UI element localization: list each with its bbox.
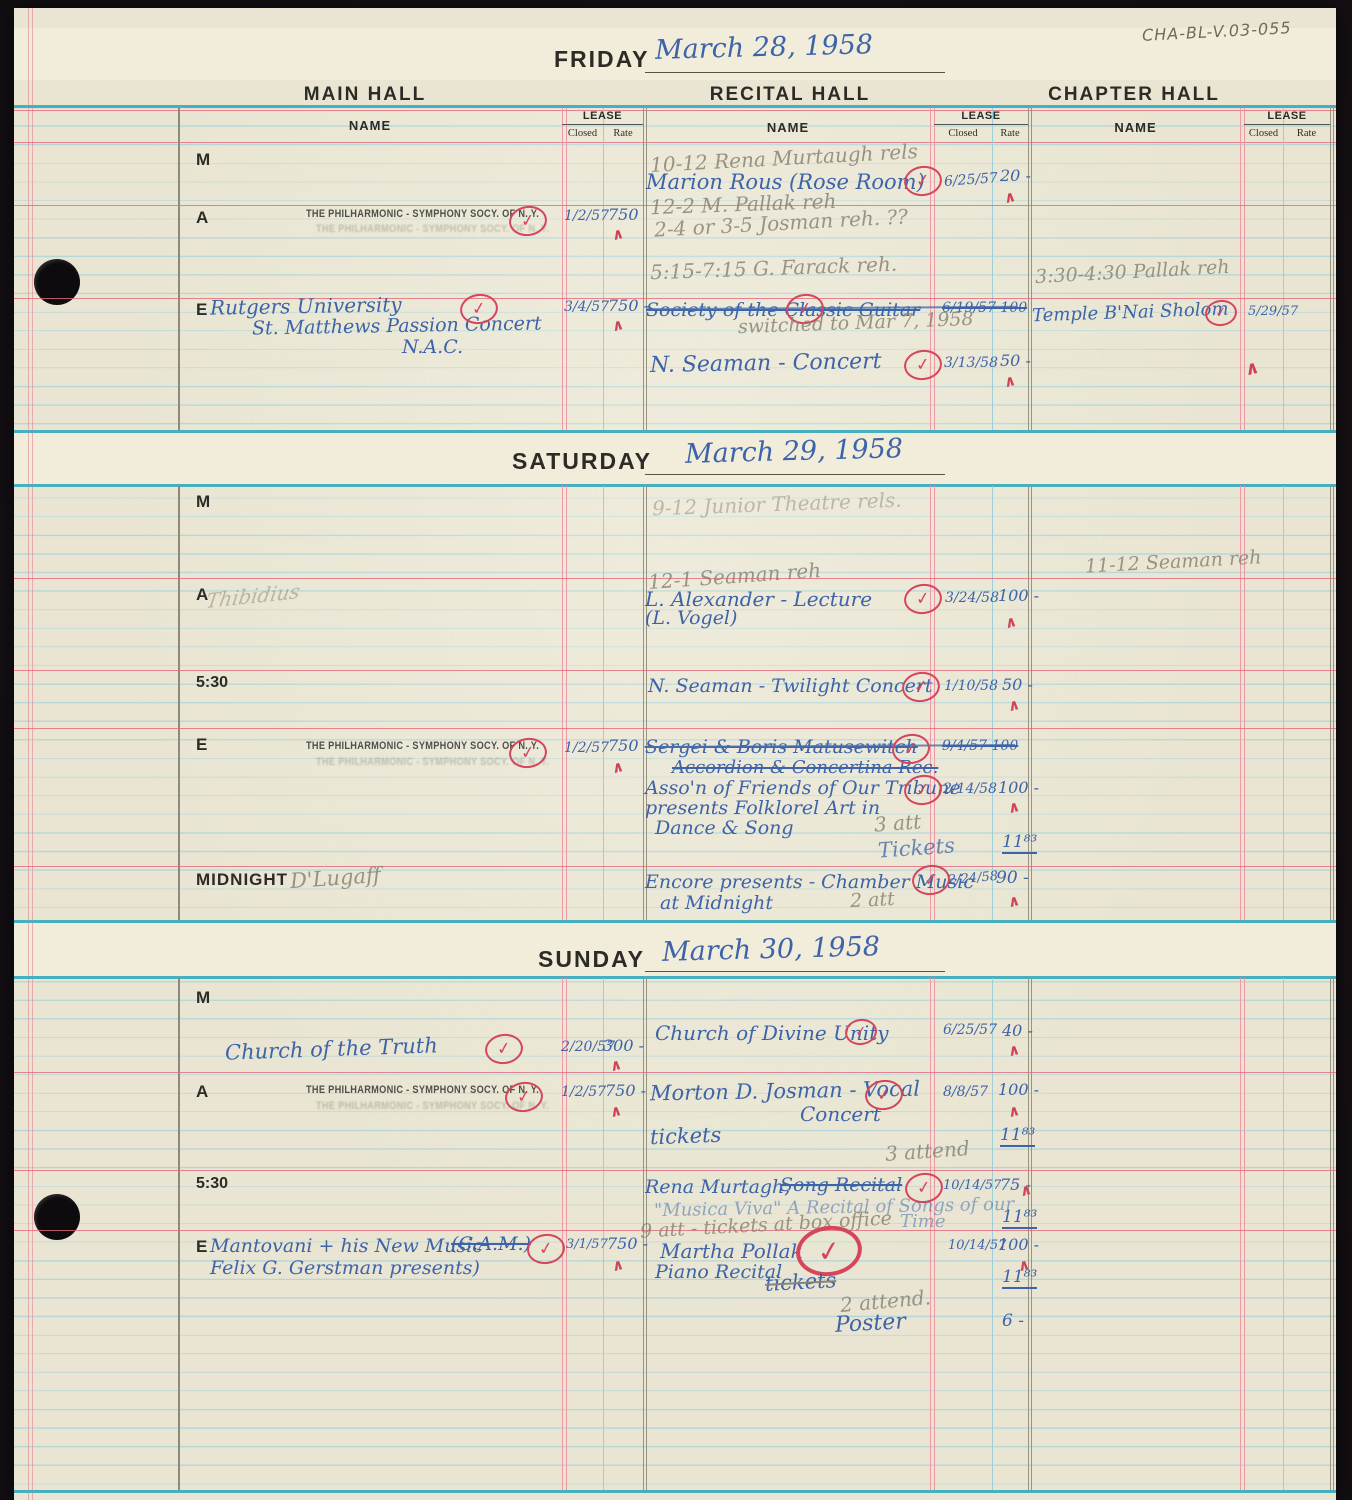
- rule-line: [14, 920, 1336, 923]
- rule-line: [14, 1490, 1336, 1493]
- date-underline: [645, 971, 945, 972]
- ledger-paper: CHA-BL-V.03-055 FRIDAY March 28, 1958 MA…: [14, 8, 1336, 1500]
- lease-closed-date: 1/2/57: [561, 1085, 606, 1099]
- red-tick-icon: ∧: [1003, 188, 1016, 206]
- philharmonic-stamp: THE PHILHARMONIC - SYMPHONY SOCY. OF N. …: [306, 1084, 539, 1097]
- lease-rate: 20 -: [1000, 168, 1031, 184]
- cancelled-entry-text: (C.A.M.): [451, 1235, 531, 1254]
- entry-text: Piano Recital: [655, 1263, 782, 1282]
- main-hall-title: MAIN HALL: [280, 84, 450, 106]
- tickets-note: Tickets: [877, 835, 955, 861]
- lease-closed-date: 5/29/57: [1248, 305, 1298, 318]
- sunday-row-m: M: [196, 988, 210, 1008]
- chapter-rate-header: Rate: [1283, 128, 1330, 139]
- lease-closed-date: 1/10/58: [944, 679, 998, 693]
- recital-hall-title: RECITAL HALL: [695, 84, 885, 106]
- entry-text: St. Matthews Passion Concert: [252, 314, 542, 338]
- chapter-closed-header: Closed: [1244, 128, 1283, 139]
- saturday-row-530: 5:30: [196, 674, 228, 692]
- red-tick-icon: ∧: [609, 1056, 622, 1074]
- cancelled-entry-text: Song Recital: [780, 1176, 902, 1195]
- rule-line: [14, 430, 1336, 433]
- entry-text: Rena Murtagh,: [645, 1178, 790, 1197]
- entry-text: presents Folklorel Art in: [645, 799, 880, 818]
- lease-rate: 40 -: [1002, 1023, 1033, 1039]
- friday-row-e: E: [196, 300, 207, 320]
- red-tick-icon: ∧: [1003, 372, 1016, 390]
- lease-closed-date: 3/24/58: [945, 591, 999, 605]
- chapter-name-header: NAME: [1031, 120, 1240, 135]
- sunday-date: March 30, 1958: [662, 933, 881, 966]
- entry-text: at Midnight: [660, 894, 773, 913]
- lease-closed-date: 6/25/57: [944, 171, 999, 189]
- amount-value: 11⁸³: [1002, 1269, 1037, 1289]
- recital-rate-header: Rate: [992, 128, 1028, 139]
- poster-note: Poster: [834, 1311, 906, 1337]
- red-tick-icon: ∧: [1007, 798, 1020, 816]
- recital-closed-header: Closed: [934, 128, 992, 139]
- rule-line: [14, 728, 1336, 729]
- date-underline: [645, 72, 945, 73]
- red-tick-icon: ∧: [609, 1102, 622, 1120]
- saturday-date: March 29, 1958: [685, 435, 904, 468]
- chapter-lease-header: LEASE: [1244, 110, 1330, 122]
- lease-closed-date: 1/2/57: [564, 209, 609, 223]
- lease-rate: 100 -: [998, 780, 1039, 796]
- entry-text: N.A.C.: [402, 338, 463, 357]
- philharmonic-stamp: THE PHILHARMONIC - SYMPHONY SOCY. OF N. …: [306, 740, 539, 753]
- rule-line: [14, 1072, 1336, 1073]
- margin-rule: [32, 8, 33, 1500]
- main-lease-header: LEASE: [562, 110, 643, 122]
- red-tick-icon: ∧: [1007, 696, 1020, 714]
- red-tick-icon: ∧: [611, 316, 624, 334]
- sunday-day-label: SUNDAY: [538, 946, 645, 973]
- friday-row-m: M: [196, 150, 210, 170]
- lease-rate: 100 -: [998, 588, 1039, 604]
- lease-rate: 50 -: [1002, 677, 1033, 693]
- saturday-title-band: [14, 433, 1336, 485]
- entry-text: Mantovani + his New Music: [210, 1237, 483, 1256]
- punch-hole-bottom: [34, 1194, 80, 1240]
- lease-closed-date: 2/14/58: [943, 782, 997, 796]
- chapter-hall-title: CHAPTER HALL: [1039, 84, 1229, 106]
- date-underline: [645, 474, 945, 475]
- red-tick-icon: ∧: [1007, 1102, 1020, 1120]
- sunday-row-a: A: [196, 1082, 208, 1102]
- red-tick-icon: ∧: [1007, 892, 1020, 910]
- red-tick-icon: ∧: [611, 1256, 624, 1274]
- main-name-header: NAME: [178, 118, 562, 133]
- poster-amount: 6 -: [1002, 1313, 1024, 1330]
- attendance-note: 3 att: [873, 811, 921, 834]
- saturday-row-m: M: [196, 492, 210, 512]
- red-tick-icon: ∧: [611, 225, 624, 243]
- rule-line: [14, 1170, 1336, 1171]
- entry-text: (L. Vogel): [645, 609, 737, 628]
- red-tick-icon: ∧: [611, 758, 624, 776]
- lease-rate: 90 -: [996, 870, 1029, 887]
- tickets-note: tickets: [764, 1270, 836, 1295]
- entry-text: N. Seaman - Concert: [650, 351, 882, 377]
- lease-divider: [1244, 124, 1330, 125]
- sunday-row-530: 5:30: [196, 1175, 228, 1193]
- lease-rate: 100 -: [998, 1082, 1039, 1098]
- red-tick-icon: ∧: [1019, 1181, 1032, 1199]
- attendance-note: 3 attend: [884, 1138, 970, 1164]
- red-tick-icon: ∧: [1007, 1041, 1020, 1059]
- lease-rate: 750 -: [607, 1236, 648, 1252]
- lease-closed-date: 3/4/57: [564, 300, 609, 314]
- lease-rate: 750: [608, 207, 639, 223]
- saturday-day-label: SATURDAY: [512, 448, 652, 475]
- entry-text: Rutgers University: [210, 294, 402, 317]
- margin-rule: [28, 8, 29, 1500]
- lease-closed-date: 8/8/57: [943, 1085, 988, 1099]
- lease-closed-date: 3/1/57: [566, 1238, 608, 1251]
- friday-row-a: A: [196, 208, 208, 228]
- entry-text: N. Seaman - Twilight Concert: [648, 677, 933, 696]
- lease-closed-date: 6/25/57: [943, 1023, 997, 1037]
- main-rate-header: Rate: [603, 128, 643, 139]
- main-closed-header: Closed: [562, 128, 603, 139]
- amount-value: 11⁸³: [1000, 1127, 1035, 1147]
- red-tick-icon: ∧: [1244, 358, 1260, 380]
- friday-date: March 28, 1958: [655, 31, 874, 64]
- philharmonic-stamp: THE PHILHARMONIC - SYMPHONY SOCY. OF N. …: [306, 208, 539, 221]
- amount-value: 11⁸³: [1002, 1209, 1037, 1229]
- cancelled-entry-text: Accordion & Concertina Rec.: [672, 759, 938, 777]
- rule-line: [14, 866, 1336, 867]
- entry-text: Time: [900, 1213, 945, 1231]
- lease-divider: [934, 124, 1028, 125]
- saturday-row-midnight: MIDNIGHT: [196, 870, 288, 890]
- scanned-ledger-image: CHA-BL-V.03-055 FRIDAY March 28, 1958 MA…: [0, 0, 1352, 1500]
- tickets-note: tickets: [650, 1125, 722, 1148]
- entry-text: Dance & Song: [655, 819, 794, 838]
- lease-closed-date: 10/14/57: [943, 1179, 1001, 1192]
- recital-name-header: NAME: [646, 120, 930, 135]
- cancelled-lease-info: 9/4/57 100: [942, 739, 1018, 753]
- entry-text: Concert: [800, 1104, 881, 1124]
- saturday-row-e: E: [196, 735, 207, 755]
- rule-line: [14, 670, 1336, 671]
- entry-text: Martha Pollak: [660, 1241, 803, 1261]
- sunday-row-e: E: [196, 1237, 207, 1257]
- lease-closed-date: 3/13/58: [944, 356, 998, 370]
- attendance-note: 2 att: [850, 890, 896, 911]
- lease-divider: [562, 124, 643, 125]
- entry-text: L. Alexander - Lecture: [645, 589, 872, 609]
- recital-lease-header: LEASE: [934, 110, 1028, 122]
- lease-rate: 750 -: [608, 738, 649, 754]
- lease-rate: 750 -: [605, 1083, 646, 1099]
- lease-rate: 300 -: [603, 1038, 644, 1054]
- lease-rate: 750 -: [608, 298, 649, 314]
- lease-rate: 100 -: [998, 1237, 1039, 1253]
- lease-closed-date: 1/2/57: [564, 741, 609, 755]
- amount-value: 11⁸³: [1002, 834, 1037, 854]
- red-tick-icon: ∧: [1004, 613, 1017, 631]
- friday-day-label: FRIDAY: [554, 46, 650, 73]
- entry-text: Felix G. Gerstman presents): [210, 1259, 480, 1278]
- lease-rate: 50 -: [1000, 353, 1031, 369]
